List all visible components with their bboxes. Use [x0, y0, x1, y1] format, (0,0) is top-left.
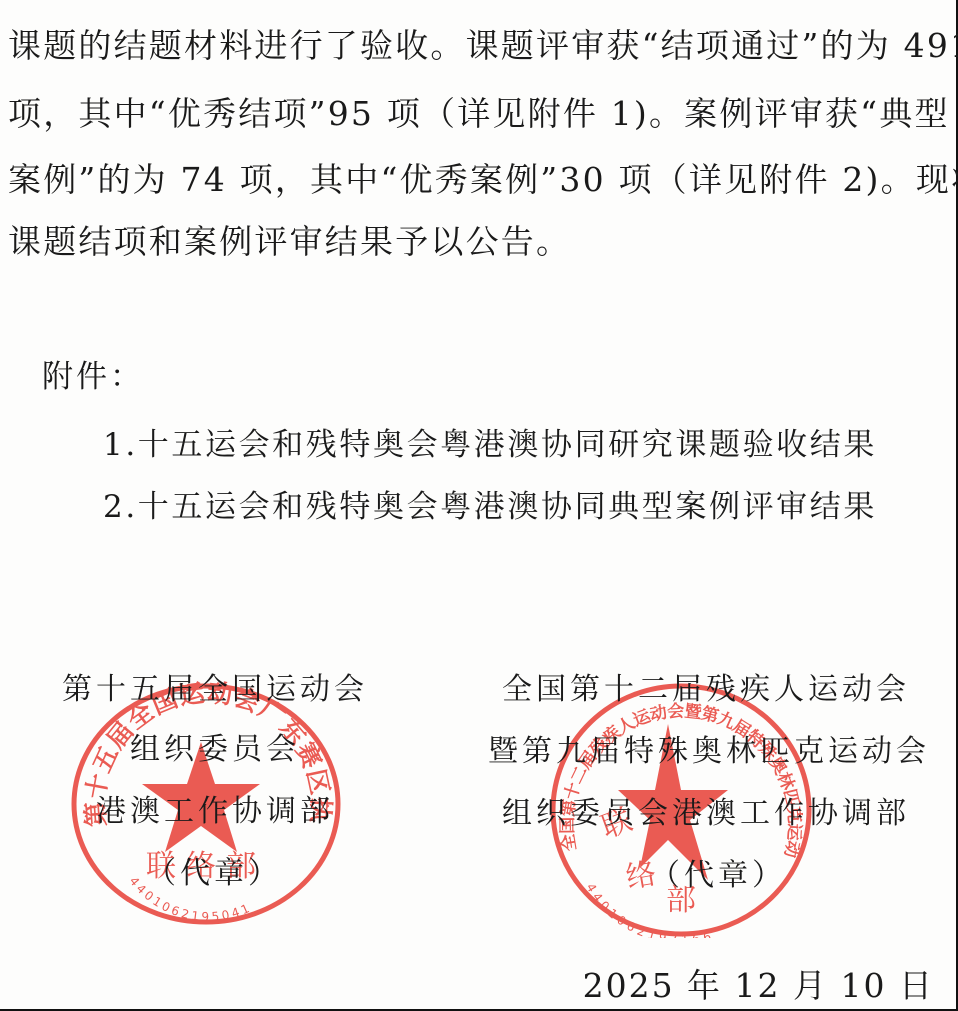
right-signature-line-1: 全国第十二届残疾人运动会	[502, 664, 910, 708]
body-line-3: 案例”的为 74 项，其中“优秀案例”30 项（详见附件 2)。现将	[8, 160, 943, 200]
left-signature-line-1: 第十五届全国运动会	[62, 664, 368, 708]
body-line-1: 课题的结题材料进行了验收。课题评审获“结项通过”的为 491	[8, 26, 943, 66]
document-date: 2025 年 12 月 10 日	[583, 960, 934, 1007]
document-page: 课题的结题材料进行了验收。课题评审获“结项通过”的为 491 项，其中“优秀结项…	[0, 0, 958, 1011]
right-signature-line-2: 暨第九届特殊奥林匹克运动会	[488, 726, 930, 770]
right-signature-line-4: （代章）	[650, 850, 786, 894]
attachments-label: 附件：	[42, 351, 144, 396]
attachment-item-2: 2.十五运会和残特奥会粤港澳协同典型案例评审结果	[103, 481, 877, 526]
left-signature-line-4: （代章）	[146, 848, 282, 892]
attachment-item-1: 1.十五运会和残特奥会粤港澳协同研究课题验收结果	[103, 419, 877, 464]
right-signature-line-3: 组织委员会港澳工作协调部	[502, 788, 910, 832]
left-signature-line-2: 组织委员会	[130, 724, 300, 768]
left-signature-line-3: 港澳工作协调部	[96, 786, 334, 830]
body-line-2: 项，其中“优秀结项”95 项（详见附件 1)。案例评审获“典型	[8, 94, 943, 134]
body-line-4: 课题结项和案例评审结果予以公告。	[8, 222, 943, 262]
